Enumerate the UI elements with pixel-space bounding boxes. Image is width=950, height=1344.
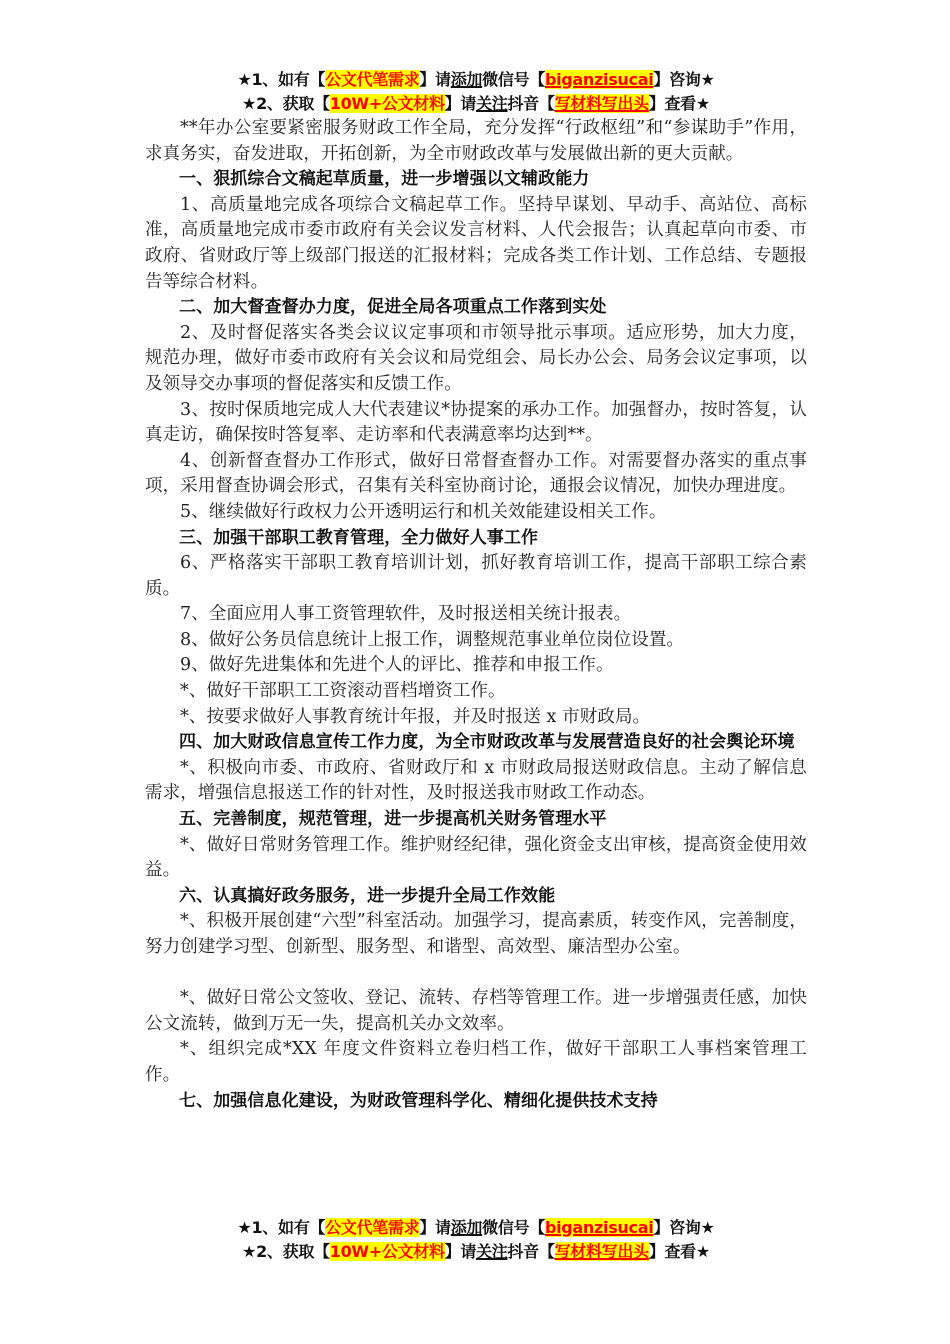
body-paragraph: *、组织完成*XX 年度文件资料立卷归档工作，做好干部职工人事档案管理工作。 <box>145 1037 807 1088</box>
promo-banner-bottom: ★1、如有【公文代笔需求】请添加微信号【biganzisucai】咨询★ ★2、… <box>145 1216 807 1264</box>
body-paragraph: 6、严格落实干部职工教育培训计划，抓好教育培训工作，提高干部职工综合素质。 <box>145 551 807 602</box>
promo-text: 】请 <box>445 1242 476 1261</box>
document-page: ★1、如有【公文代笔需求】请添加微信号【biganzisucai】咨询★ ★2、… <box>145 68 807 1114</box>
promo-text: ★2、获取【 <box>242 94 330 113</box>
body-paragraph: 2、及时督促落实各类会议议定事项和市领导批示事项。适应形势，加大力度，规范办理，… <box>145 321 807 398</box>
promo-text: ★1、如有【 <box>237 1218 325 1237</box>
underlined-follow: 关注 <box>476 94 507 113</box>
section-heading-6: 六、认真搞好政务服务，进一步提升全局工作效能 <box>145 884 807 910</box>
body-paragraph: *、做好干部职工工资滚动晋档增资工作。 <box>145 679 807 705</box>
promo-line-2: ★2、获取【10W+公文材料】请关注抖音【写材料写出头】查看★ <box>145 92 807 116</box>
section-heading-4: 四、加大财政信息宣传工作力度，为全市财政改革与发展营造良好的社会舆论环境 <box>145 730 807 756</box>
promo-text: ★2、获取【 <box>242 1242 330 1261</box>
wechat-id-link[interactable]: biganzisucai <box>545 70 653 89</box>
promo-text: ★1、如有【 <box>237 70 325 89</box>
body-paragraph: 3、按时保质地完成人大代表建议*协提案的承办工作。加强督办，按时答复，认真走访，… <box>145 398 807 449</box>
section-heading-3: 三、加强干部职工教育管理，全力做好人事工作 <box>145 526 807 552</box>
promo-text: 抖音【 <box>507 1242 554 1261</box>
promo-text: 微信号【 <box>482 1218 545 1237</box>
highlight-ghostwriting: 公文代笔需求 <box>325 1218 419 1237</box>
section-heading-1: 一、狠抓综合文稿起草质量，进一步增强以文辅政能力 <box>145 167 807 193</box>
underlined-add: 添加 <box>451 70 482 89</box>
body-paragraph: 8、做好公务员信息统计上报工作，调整规范事业单位岗位设置。 <box>145 628 807 654</box>
promo-line-1: ★1、如有【公文代笔需求】请添加微信号【biganzisucai】咨询★ <box>145 1216 807 1240</box>
highlight-materials: 10W+公文材料 <box>330 1242 445 1261</box>
promo-banner-top: ★1、如有【公文代笔需求】请添加微信号【biganzisucai】咨询★ ★2、… <box>145 68 807 116</box>
douyin-account-link[interactable]: 写材料写出头 <box>555 94 649 113</box>
body-paragraph: *、积极开展创建“六型”科室活动。加强学习，提高素质，转变作风，完善制度，努力创… <box>145 909 807 960</box>
highlight-ghostwriting: 公文代笔需求 <box>325 70 419 89</box>
highlight-materials: 10W+公文材料 <box>330 94 445 113</box>
promo-line-1: ★1、如有【公文代笔需求】请添加微信号【biganzisucai】咨询★ <box>145 68 807 92</box>
blank-line <box>145 961 807 987</box>
section-heading-7: 七、加强信息化建设，为财政管理科学化、精细化提供技术支持 <box>145 1089 807 1115</box>
underlined-follow: 关注 <box>476 1242 507 1261</box>
body-paragraph: 9、做好先进集体和先进个人的评比、推荐和申报工作。 <box>145 653 807 679</box>
document-body: **年办公室要紧密服务财政工作全局，充分发挥“行政枢纽”和“参谋助手”作用，求真… <box>145 116 807 1114</box>
wechat-id-link[interactable]: biganzisucai <box>545 1218 653 1237</box>
promo-text: 】咨询★ <box>653 1218 714 1237</box>
body-paragraph: *、做好日常财务管理工作。维护财经纪律，强化资金支出审核，提高资金使用效益。 <box>145 833 807 884</box>
promo-text: 】请 <box>445 94 476 113</box>
intro-paragraph: **年办公室要紧密服务财政工作全局，充分发挥“行政枢纽”和“参谋助手”作用，求真… <box>145 116 807 167</box>
body-paragraph: 5、继续做好行政权力公开透明运行和机关效能建设相关工作。 <box>145 500 807 526</box>
promo-text: 微信号【 <box>482 70 545 89</box>
underlined-add: 添加 <box>451 1218 482 1237</box>
promo-text: 】咨询★ <box>653 70 714 89</box>
promo-text: 】请 <box>419 70 450 89</box>
promo-text: 】请 <box>419 1218 450 1237</box>
promo-text: 】查看★ <box>649 1242 710 1261</box>
body-paragraph: *、做好日常公文签收、登记、流转、存档等管理工作。进一步增强责任感，加快公文流转… <box>145 986 807 1037</box>
promo-line-2: ★2、获取【10W+公文材料】请关注抖音【写材料写出头】查看★ <box>145 1240 807 1264</box>
body-paragraph: *、积极向市委、市政府、省财政厅和 x 市财政局报送财政信息。主动了解信息需求，… <box>145 756 807 807</box>
douyin-account-link[interactable]: 写材料写出头 <box>555 1242 649 1261</box>
promo-text: 】查看★ <box>649 94 710 113</box>
promo-text: 抖音【 <box>507 94 554 113</box>
body-paragraph: 1、高质量地完成各项综合文稿起草工作。坚持早谋划、早动手、高站位、高标准，高质量… <box>145 193 807 295</box>
section-heading-5: 五、完善制度，规范管理，进一步提高机关财务管理水平 <box>145 807 807 833</box>
body-paragraph: 7、全面应用人事工资管理软件，及时报送相关统计报表。 <box>145 602 807 628</box>
section-heading-2: 二、加大督查督办力度，促进全局各项重点工作落到实处 <box>145 295 807 321</box>
body-paragraph: *、按要求做好人事教育统计年报，并及时报送 x 市财政局。 <box>145 705 807 731</box>
body-paragraph: 4、创新督查督办工作形式，做好日常督查督办工作。对需要督办落实的重点事项，采用督… <box>145 449 807 500</box>
